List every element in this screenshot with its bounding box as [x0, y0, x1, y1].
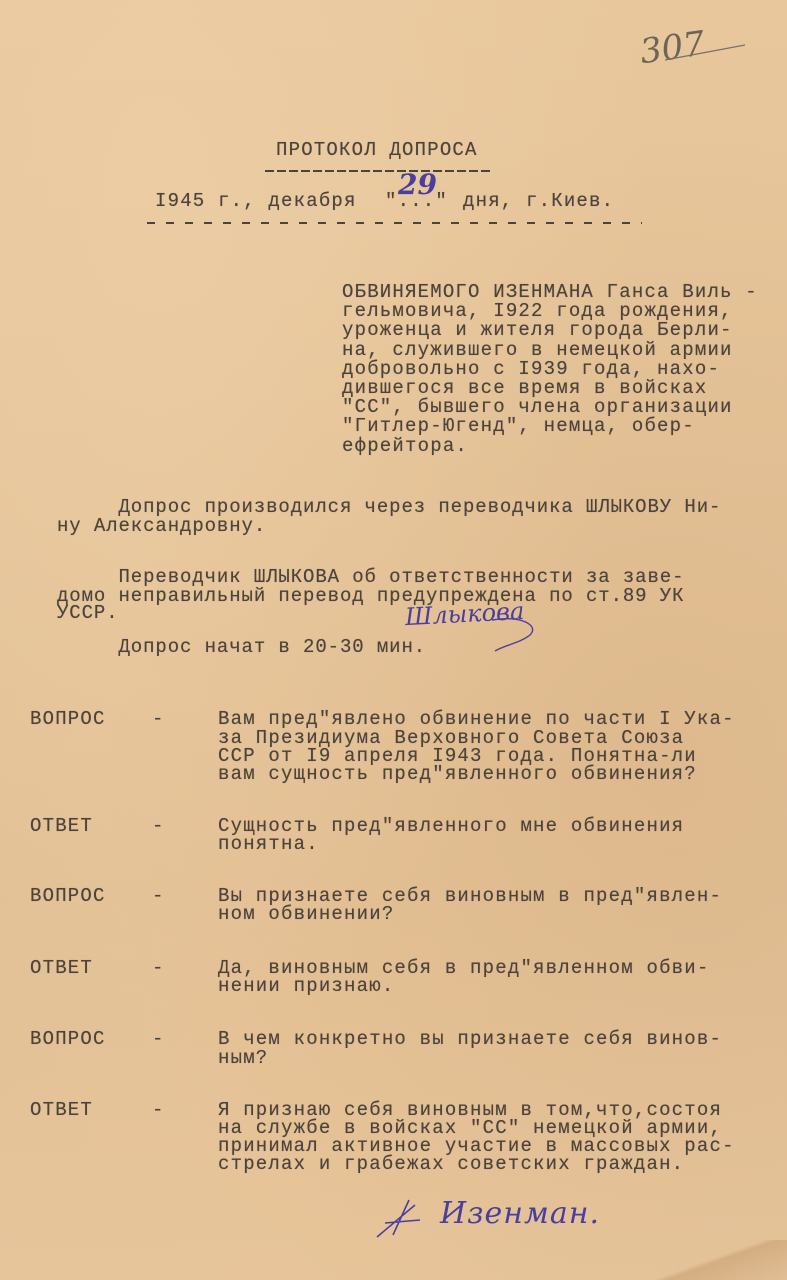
qa-dash: -	[152, 817, 165, 836]
warning-line-3: УССР.	[57, 604, 119, 623]
qa-dash: -	[152, 710, 165, 729]
qa-dash: -	[152, 959, 165, 978]
qa-line: вам сущность пред"явленного обвинения?	[218, 765, 697, 784]
qa-line: стрелах и грабежах советских граждан.	[218, 1155, 684, 1174]
qa-dash: -	[152, 1101, 165, 1120]
date-underline	[147, 222, 642, 224]
qa-line: В чем конкретно вы признаете себя винов-	[218, 1030, 722, 1049]
qa-line: нении признаю.	[218, 977, 394, 996]
signature-initial-icon	[375, 1195, 435, 1245]
date-day-handwritten: 29	[398, 168, 437, 201]
qa-dash: -	[152, 887, 165, 906]
qa-label: ОТВЕТ	[30, 817, 93, 836]
accused-line: ефрейтора.	[342, 437, 758, 456]
accused-line: на, служившего в немецкой армии	[342, 341, 758, 360]
qa-label: ОТВЕТ	[30, 1101, 93, 1120]
qa-line: понятна.	[218, 835, 319, 854]
qa-label: ОТВЕТ	[30, 959, 93, 978]
qa-label: ВОПРОС	[30, 1030, 106, 1049]
qa-line: ным?	[218, 1049, 268, 1068]
date-place: дня, г.Киев.	[463, 192, 614, 211]
date-year-month: I945 г., декабря	[155, 192, 357, 211]
qa-line: ном обвинении?	[218, 905, 394, 924]
qa-dash: -	[152, 1030, 165, 1049]
qa-label: ВОПРОС	[30, 710, 106, 729]
qa-label: ВОПРОС	[30, 887, 106, 906]
accused-line: "Гитлер-Югенд", немца, обер-	[342, 417, 758, 436]
document-title: ПРОТОКОЛ ДОПРОСА	[276, 141, 478, 160]
accused-block: ОБВИНЯЕМОГО ИЗЕНМАНА Ганса Виль - гельмо…	[342, 283, 758, 456]
accused-line: уроженца и жителя города Берли-	[342, 321, 758, 340]
interpreter-line-2: ну Александровну.	[57, 517, 266, 536]
start-time: Допрос начат в 20-30 мин.	[57, 638, 426, 657]
signature-flourish-icon	[490, 615, 550, 655]
warning-line-2: домо неправильный перевод предупреждена …	[57, 587, 684, 606]
paper-fold	[597, 1240, 787, 1280]
title-underline	[265, 170, 493, 172]
accused-signature: Изенман.	[440, 1196, 600, 1231]
pencil-strike-icon	[660, 30, 750, 80]
